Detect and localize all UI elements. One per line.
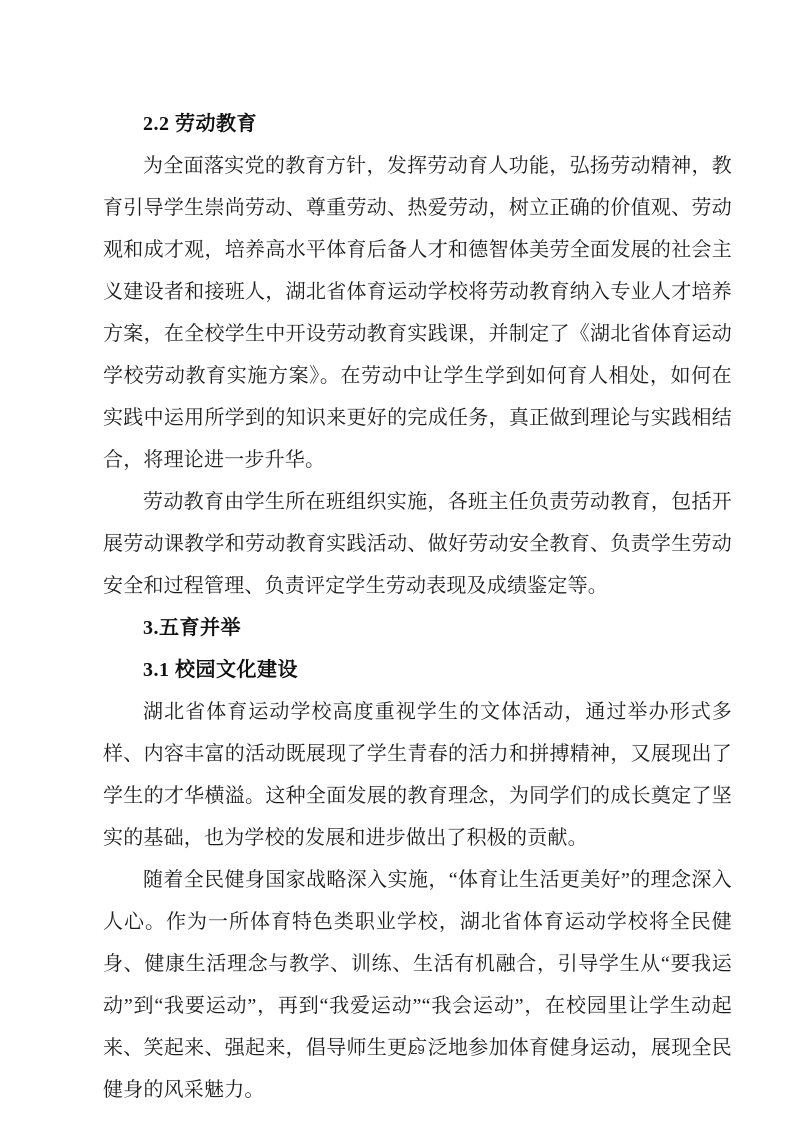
section-heading-five-educations: 3.五育并举 xyxy=(103,607,732,649)
paragraph-campus-culture: 湖北省体育运动学校高度重视学生的文体活动，通过举办形式多样、内容丰富的活动既展现… xyxy=(103,691,732,859)
page-number: 29 xyxy=(103,1042,732,1057)
section-heading-campus-culture: 3.1 校园文化建设 xyxy=(103,649,732,691)
paragraph-national-fitness: 随着全民健身国家战略深入实施，“体育让生活更美好”的理念深入人心。作为一所体育特… xyxy=(103,859,732,1111)
document-text-column: 2.2 劳动教育 为全面落实党的教育方针，发挥劳动育人功能，弘扬劳动精神，教育引… xyxy=(103,103,732,1111)
paragraph-labor-implementation: 劳动教育由学生所在班组织实施，各班主任负责劳动教育，包括开展劳动课教学和劳动教育… xyxy=(103,481,732,607)
paragraph-labor-policy: 为全面落实党的教育方针，发挥劳动育人功能，弘扬劳动精神，教育引导学生崇尚劳动、尊… xyxy=(103,145,732,481)
section-heading-labor-education: 2.2 劳动教育 xyxy=(103,103,732,145)
